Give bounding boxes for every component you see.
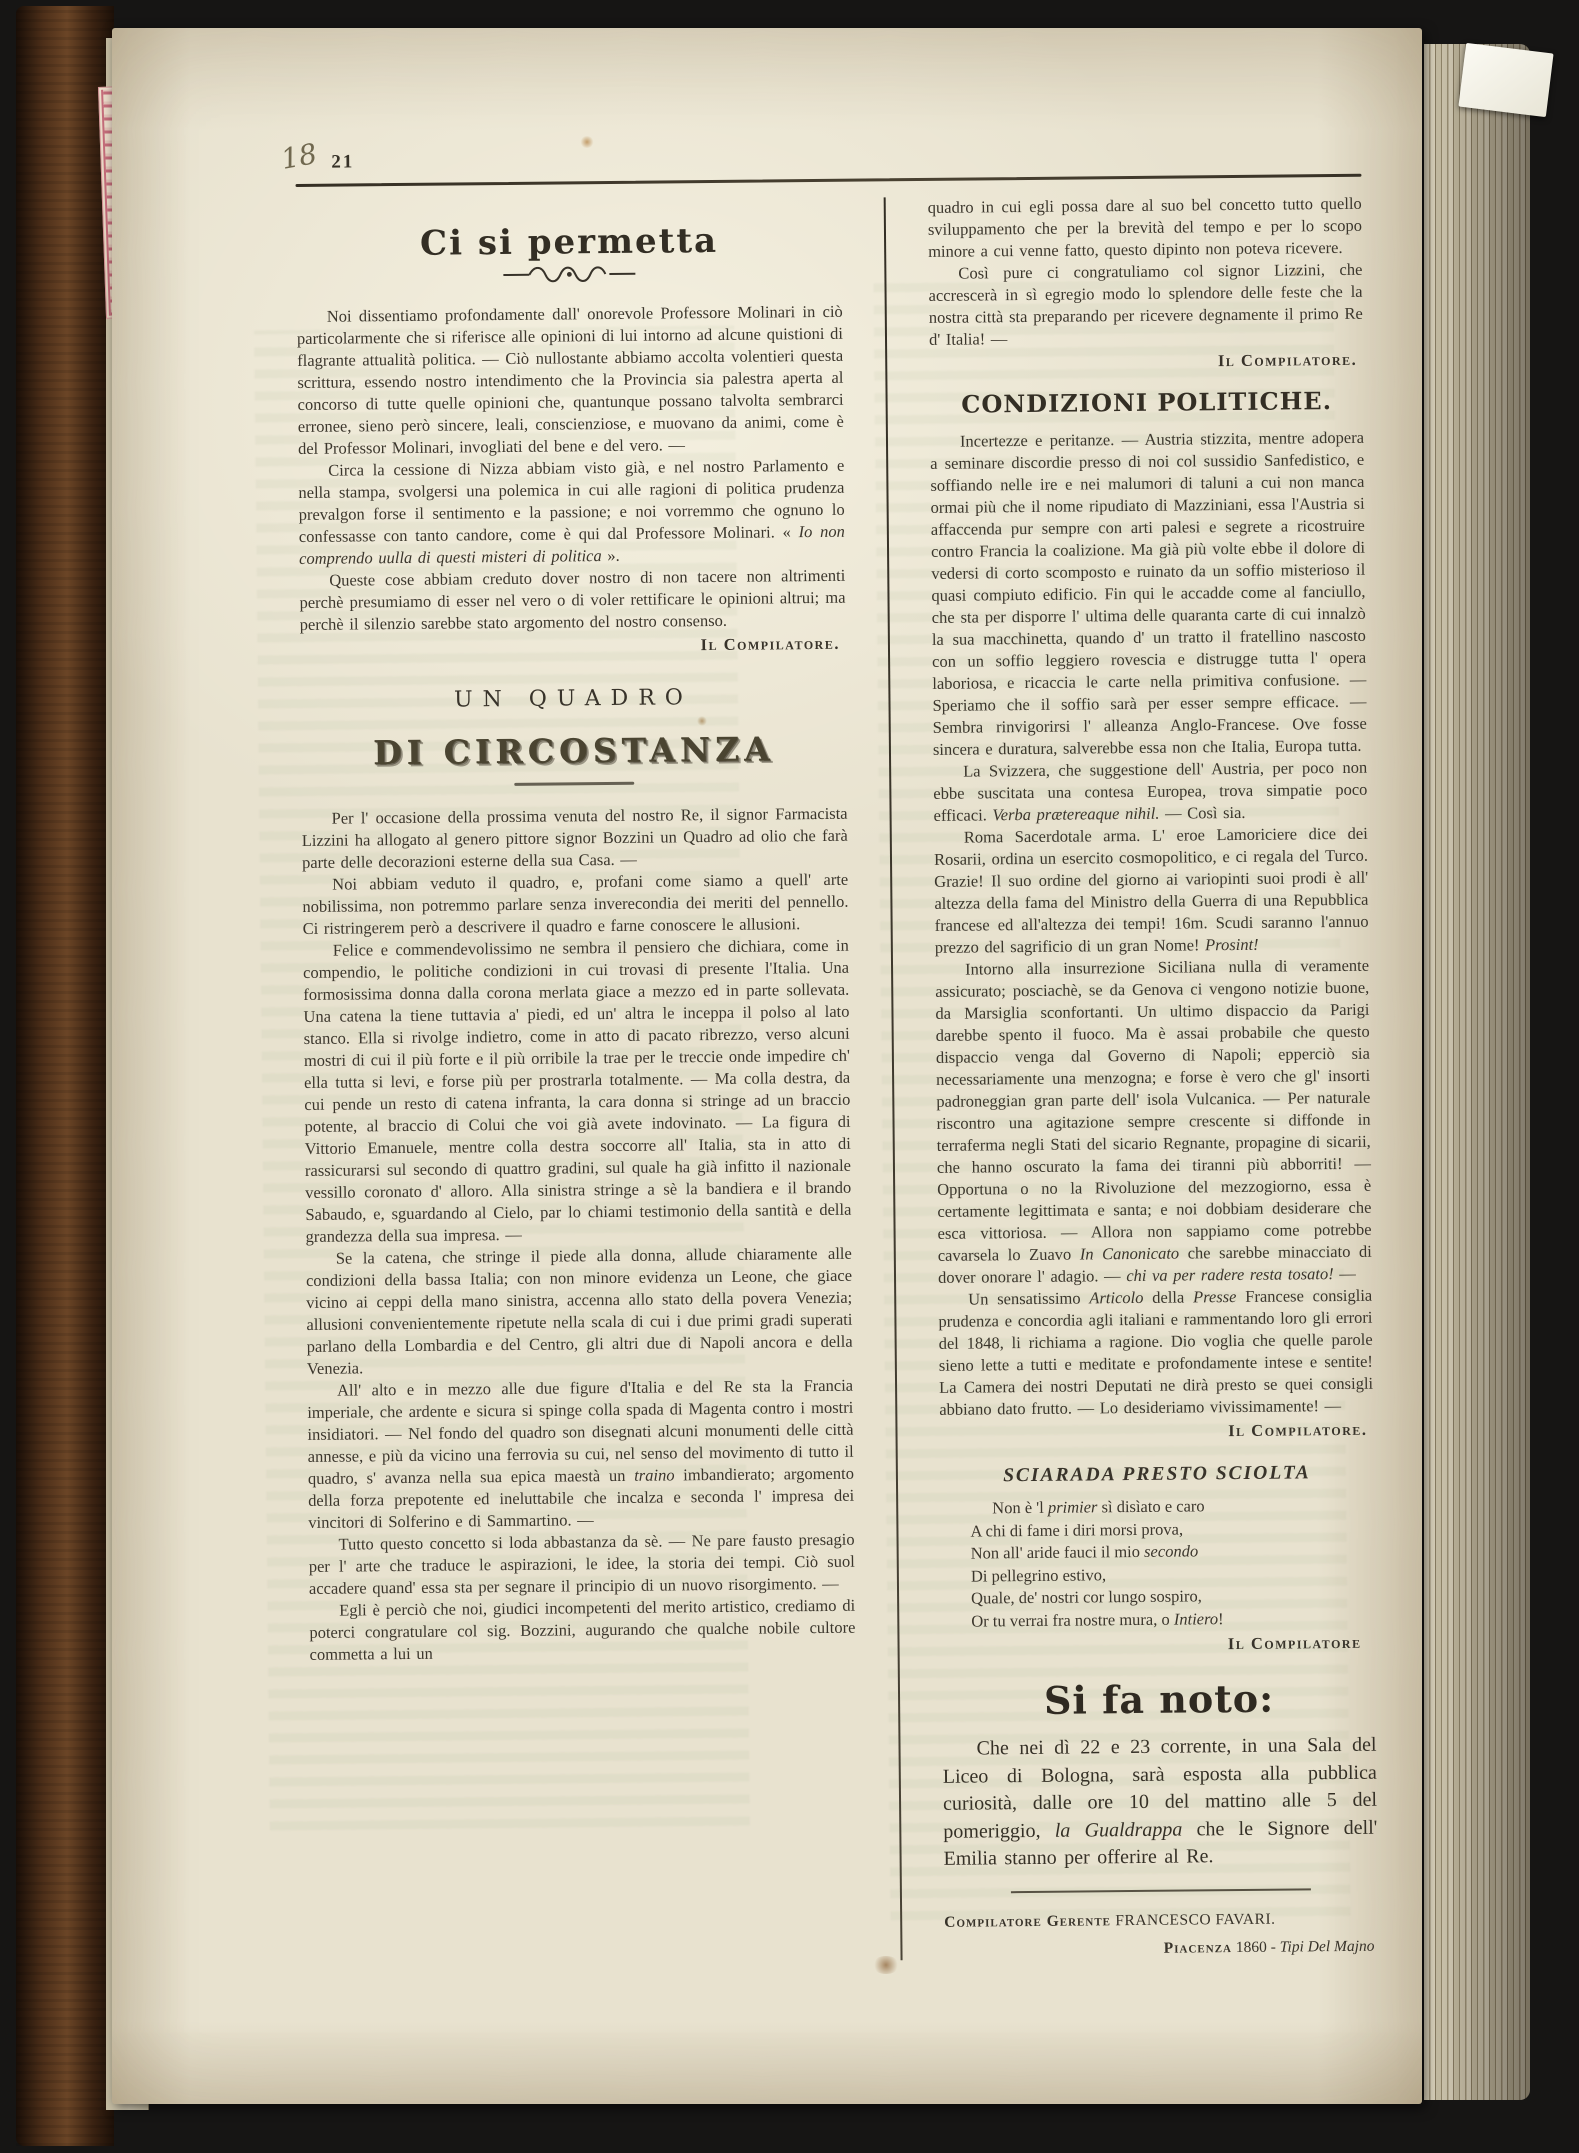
signature: Il Compilatore. <box>929 350 1357 374</box>
paragraph: quadro in cui egli possa dare al suo bel… <box>928 193 1363 263</box>
paragraph: Noi dissentiamo profondamente dall' onor… <box>297 301 844 460</box>
article-display-title-di-circostanza: DI CIRCOSTANZA <box>301 729 847 773</box>
columns: Ci si permetta Noi dissentiamo profondam… <box>296 193 1379 1966</box>
paragraph: Per l' occasione della prossima venuta d… <box>301 803 848 874</box>
title-flourish-icon <box>296 264 842 290</box>
paragraph: La Svizzera, che suggestione dell' Austr… <box>933 757 1368 827</box>
page-number: 21 <box>331 151 354 173</box>
page-content: 18 21 Ci si permetta Noi dissentiamo p <box>294 18 1379 2012</box>
paper-scrap <box>1458 43 1553 117</box>
handwritten-number: 18 <box>279 137 320 176</box>
ornament-rule <box>514 782 634 786</box>
paragraph: All' alto e in mezzo alle due figure d'I… <box>307 1375 854 1534</box>
paragraph: Felice e commendevolissimo ne sembra il … <box>303 935 852 1248</box>
sciarada-title: SCIARADA PRESTO SCIOLTA <box>940 1462 1374 1488</box>
book-scan: BIBLIOTECA 18 21 Ci si permetta <box>0 0 1579 2153</box>
paragraph: Così pure ci congratuliamo col signor Li… <box>928 259 1363 351</box>
signature: Il Compilatore. <box>939 1420 1367 1444</box>
article-kicker-un-quadro: UN QUADRO <box>300 684 846 714</box>
colophon-editor: Compilatore Gerente FRANCESCO FAVARI. <box>944 1909 1378 1931</box>
sciarada-verse: Non è 'l primier sì disìato e caro A chi… <box>970 1494 1375 1633</box>
left-column: Ci si permetta Noi dissentiamo profondam… <box>296 198 859 1966</box>
paragraph: Circa la cessione di Nizza abbiam visto … <box>298 455 845 570</box>
paragraph: Un sensatissimo Articolo della Presse Fr… <box>938 1285 1373 1421</box>
footer-rule <box>1011 1888 1311 1893</box>
paragraph: Incertezze e peritanze. — Austria stizzi… <box>930 427 1367 761</box>
article-title-condizioni-politiche: CONDIZIONI POLITICHE. <box>930 386 1364 419</box>
notice-title: Si fa noto: <box>942 1675 1376 1724</box>
paragraph: Tutto questo concetto si loda abbastanza… <box>308 1529 855 1600</box>
paragraph: Egli è perciò che noi, giudici incompete… <box>309 1595 856 1666</box>
right-column: quadro in cui egli possa dare al suo bel… <box>928 193 1379 1960</box>
paragraph: Roma Sacerdotale arma. L' eroe Lamoricie… <box>934 823 1369 959</box>
verse-line: Or tu verrai fra nostre mura, o Intiero! <box>971 1606 1375 1632</box>
notice-body: Che nei dì 22 e 23 corrente, in una Sala… <box>942 1732 1377 1874</box>
page-edges-right <box>1424 44 1530 2100</box>
paragraph: Noi abbiam veduto il quadro, e, profani … <box>302 869 849 940</box>
signature: Il Compilatore. <box>300 634 840 659</box>
colophon-imprint: Piacenza 1860 - Tipi Del Majno <box>944 1937 1378 1959</box>
newspaper-page: 18 21 Ci si permetta Noi dissentiamo p <box>112 28 1422 2104</box>
paragraph: Intorno alla insurrezione Siciliana null… <box>935 955 1372 1289</box>
article-title-permetta: Ci si permetta <box>296 220 842 265</box>
signature: Il Compilatore <box>941 1633 1361 1657</box>
column-divider <box>884 197 903 1959</box>
paragraph: Se la catena, che stringe il piede alla … <box>306 1243 853 1380</box>
book-binding <box>16 6 114 2146</box>
paragraph: Queste cose abbiam creduto dover nostro … <box>299 565 846 636</box>
